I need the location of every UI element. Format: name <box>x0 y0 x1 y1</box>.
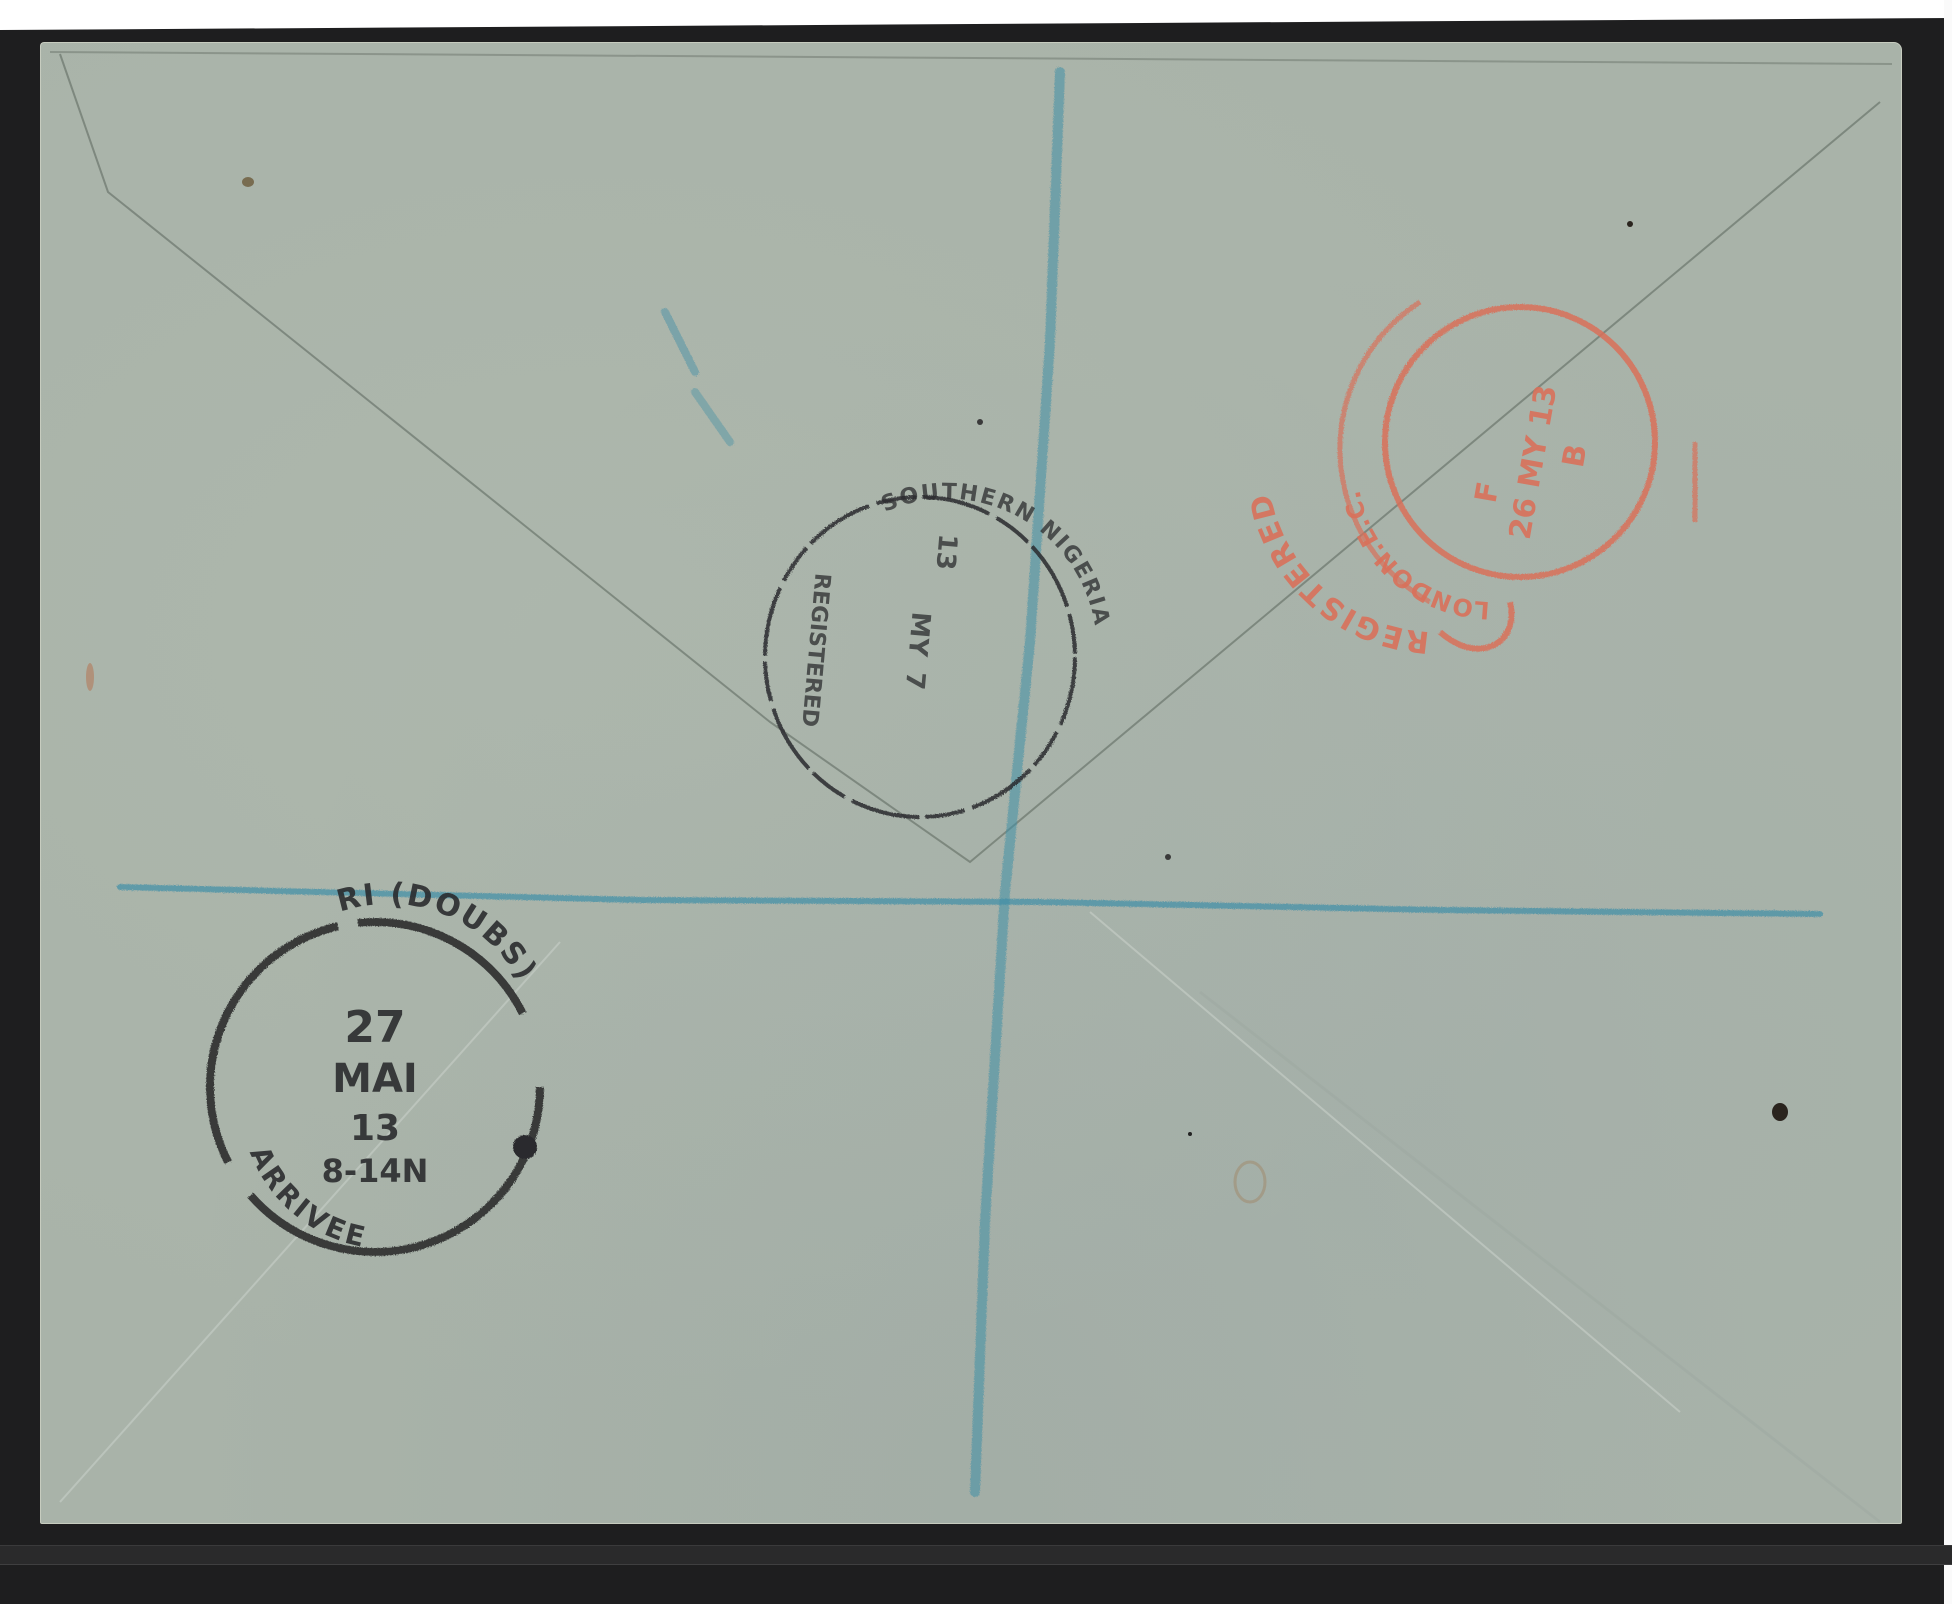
registration-crayon-cross <box>120 72 1820 1492</box>
svg-text:13: 13 <box>350 1108 400 1149</box>
svg-text:LONDON.E.C.: LONDON.E.C. <box>1338 487 1491 624</box>
svg-text:27: 27 <box>344 1002 405 1053</box>
svg-text:SOUTHERN NIGERIA: SOUTHERN NIGERIA <box>878 480 1114 629</box>
scan-margin-right <box>1944 0 1952 1604</box>
svg-text:REGISTERED: REGISTERED <box>796 572 834 728</box>
svg-text:F: F <box>1469 479 1507 505</box>
svg-text:13: 13 <box>929 533 962 572</box>
svg-text:MAI: MAI <box>332 1056 418 1102</box>
postmark-london-text: REGISTERED LONDON.E.C. F 26 MY 13 B <box>1243 375 1604 659</box>
svg-text:26 MY 13: 26 MY 13 <box>1503 382 1565 542</box>
envelope-artwork: REGISTERED LONDON.E.C. F 26 MY 13 B SOUT… <box>40 42 1902 1524</box>
paper-specks <box>86 177 1788 1202</box>
svg-text:B: B <box>1556 442 1594 471</box>
envelope-back: REGISTERED LONDON.E.C. F 26 MY 13 B SOUT… <box>40 42 1902 1524</box>
svg-text:8-14N: 8-14N <box>322 1152 429 1190</box>
mount-lower-strip <box>0 1545 1952 1565</box>
svg-text:MY: MY <box>902 611 936 659</box>
flap-edges <box>50 52 1892 1522</box>
svg-text:7: 7 <box>899 670 930 691</box>
